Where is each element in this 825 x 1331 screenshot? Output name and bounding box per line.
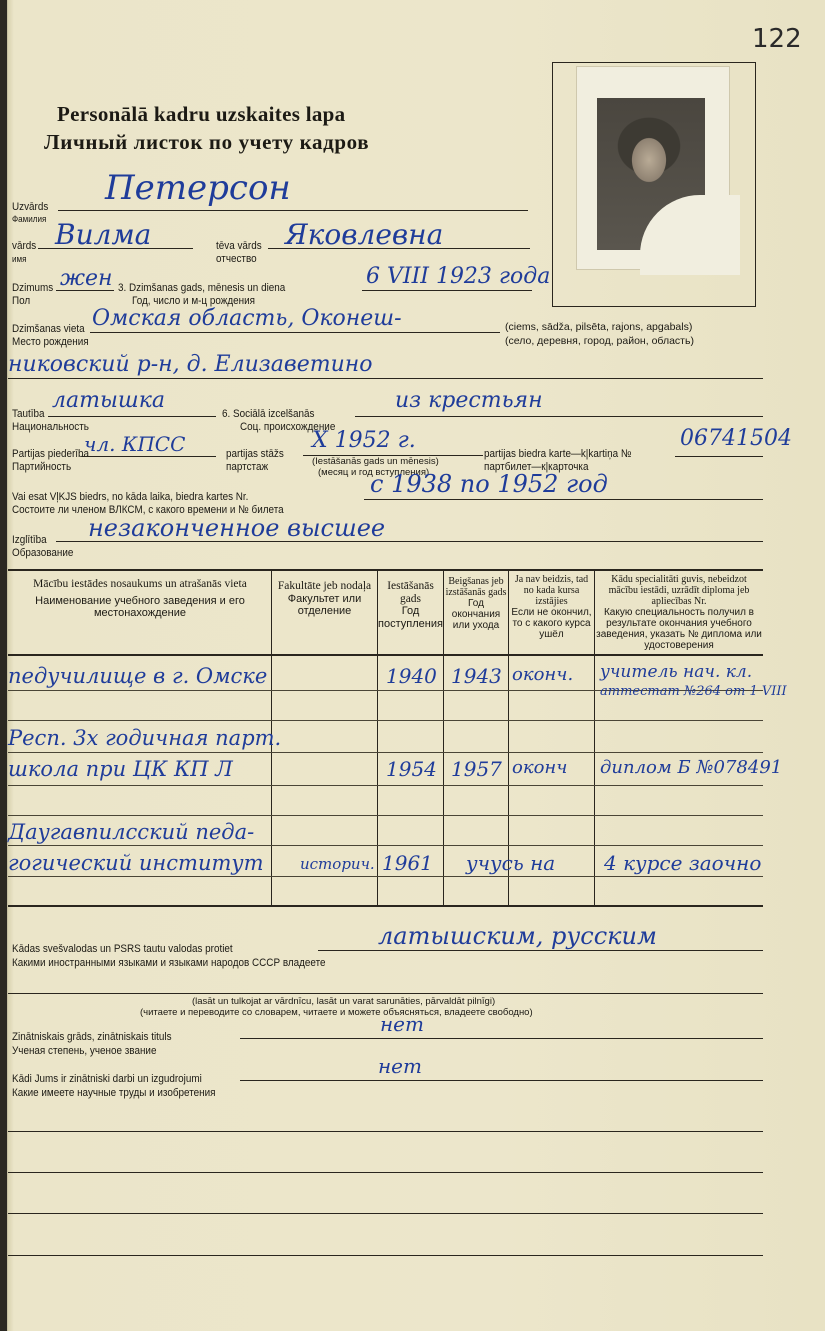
page-number: 122: [752, 24, 802, 54]
birth-date-label-lv: 3. Dzimšanas gads, mēnesis un diena: [118, 282, 285, 294]
row3-specialty[interactable]: 4 курсе заочно: [604, 851, 761, 875]
languages-label-lv: Kādas svešvalodas un PSRS tautu valodas …: [12, 943, 233, 955]
birth-place-value-2[interactable]: никовский р-н, д. Елизаветино: [8, 352, 373, 377]
komsomol-label-lv: Vai esat VļKJS biedrs, no kāda laika, bi…: [12, 491, 248, 503]
party-card-label-lv: partijas biedra karte—k|kartiņa №: [484, 448, 631, 460]
document-page: 122 Personālā kadru uzskaites lapa Личны…: [0, 0, 825, 1331]
patronymic-label-ru: отчество: [216, 253, 257, 265]
first-name-label-ru: имя: [12, 253, 26, 265]
nationality-label-ru: Национальность: [12, 421, 89, 433]
sex-value[interactable]: жен: [60, 266, 113, 291]
row1-specialty-1[interactable]: учитель нач. кл.: [600, 662, 752, 682]
row2-specialty[interactable]: диплом Б №078491: [600, 757, 782, 778]
works-value[interactable]: нет: [378, 1054, 422, 1078]
party-card-value[interactable]: 06741504: [680, 426, 792, 451]
education-label-lv: Izglītība: [12, 534, 47, 546]
birth-place-value-1[interactable]: Омская область, Оконеш-: [92, 306, 402, 331]
degree-label-ru: Ученая степень, ученое звание: [12, 1045, 156, 1057]
birth-place-label-ru: Место рождения: [12, 336, 89, 348]
languages-hint-ru: (читаете и переводите со словарем, читае…: [140, 1007, 533, 1018]
party-label-ru: Партийность: [12, 461, 71, 473]
education-label-ru: Образование: [12, 547, 73, 559]
surname-label-lv: Uzvārds: [12, 201, 48, 213]
social-origin-label-lv: 6. Sociālā izcelšanās: [222, 408, 314, 420]
languages-value[interactable]: латышским, русским: [378, 922, 657, 950]
row3-course[interactable]: учусь на: [466, 851, 555, 875]
party-label-lv: Partijas piederība: [12, 448, 89, 460]
row1-specialty-2[interactable]: аттестат №264 от 1 VIII: [600, 684, 787, 699]
party-tenure-label-ru: партстаж: [226, 461, 268, 473]
row2-institution-1[interactable]: Респ. 3х годичная парт.: [8, 726, 281, 750]
party-tenure-value[interactable]: X 1952 г.: [312, 428, 416, 453]
degree-label-lv: Zinātniskais grāds, zinātniskais tituls: [12, 1031, 172, 1043]
row2-start[interactable]: 1954: [386, 757, 437, 781]
table-header-end-year: Beigšanas jeb izstāšanās gads Год оконча…: [444, 576, 508, 631]
nationality-label-lv: Tautība: [12, 408, 44, 420]
table-header-start-year: Iestāšanās gads Год поступления: [378, 580, 443, 630]
nationality-value[interactable]: латышка: [52, 388, 165, 413]
row1-end[interactable]: 1943: [451, 664, 502, 688]
table-header-institution: Mācību iestādes nosaukums un atrašanās v…: [10, 578, 270, 620]
row1-institution[interactable]: педучилище в г. Омске: [8, 664, 267, 688]
row2-course[interactable]: оконч: [512, 757, 567, 778]
table-header-course: Ja nav beidzis, tad no kada kursa izstāj…: [509, 574, 594, 640]
table-header-specialty: Kādu specialitāti guvis, nebeidzot mācīb…: [596, 574, 762, 651]
surname-value[interactable]: Петерсон: [105, 168, 291, 208]
party-tenure-label-lv: partijas stāžs: [226, 448, 284, 460]
works-label-lv: Kādi Jums ir zinātniski darbi un izgudro…: [12, 1073, 202, 1085]
first-name-value[interactable]: Вилма: [55, 218, 151, 251]
first-name-label-lv: vārds: [12, 240, 36, 252]
party-tenure-hint-lv: (Iestāšanās gads un mēnesis): [312, 456, 439, 467]
social-origin-value[interactable]: из крестьян: [395, 388, 543, 413]
patronymic-label-lv: tēva vārds: [216, 240, 262, 252]
row1-course[interactable]: оконч.: [512, 664, 573, 685]
education-value[interactable]: незаконченное высшее: [88, 514, 385, 542]
patronymic-value[interactable]: Яковлевна: [285, 218, 443, 251]
birth-place-hint-ru: (село, деревня, город, район, область): [505, 335, 694, 347]
row2-institution-2[interactable]: школа при ЦК КП Л: [8, 757, 233, 781]
page-binding: [0, 0, 7, 1331]
languages-label-ru: Какими иностранными языками и языками на…: [12, 957, 326, 969]
works-label-ru: Какие имеете научные труды и изобретения: [12, 1087, 215, 1099]
sex-label-lv: Dzimums: [12, 282, 53, 294]
party-value[interactable]: чл. КПСС: [84, 432, 185, 456]
surname-label-ru: Фамилия: [12, 213, 46, 225]
table-header-faculty: Fakultāte jeb nodaļa Факультет или отдел…: [273, 580, 376, 618]
row3-start[interactable]: 1961: [382, 851, 433, 875]
languages-hint-lv: (lasāt un tulkojat ar vārdnīcu, lasāt un…: [192, 996, 495, 1007]
row1-start[interactable]: 1940: [386, 664, 437, 688]
title-latvian: Personālā kadru uzskaites lapa: [57, 102, 345, 127]
degree-value[interactable]: нет: [380, 1012, 424, 1036]
row2-end[interactable]: 1957: [451, 757, 502, 781]
birth-date-value[interactable]: 6 VIII 1923 года: [366, 264, 550, 289]
birth-place-hint-lv: (ciems, sādža, pilsēta, rajons, apgabals…: [505, 321, 692, 333]
row3-faculty[interactable]: историч.: [300, 855, 375, 873]
birth-place-label-lv: Dzimšanas vieta: [12, 323, 85, 335]
sex-label-ru: Пол: [12, 295, 30, 307]
komsomol-value[interactable]: с 1938 по 1952 год: [370, 470, 608, 498]
title-russian: Личный листок по учету кадров: [44, 130, 369, 155]
row3-institution-1[interactable]: Даугавпилсский педа-: [8, 820, 254, 844]
row3-institution-2[interactable]: гогический институт: [8, 851, 263, 875]
